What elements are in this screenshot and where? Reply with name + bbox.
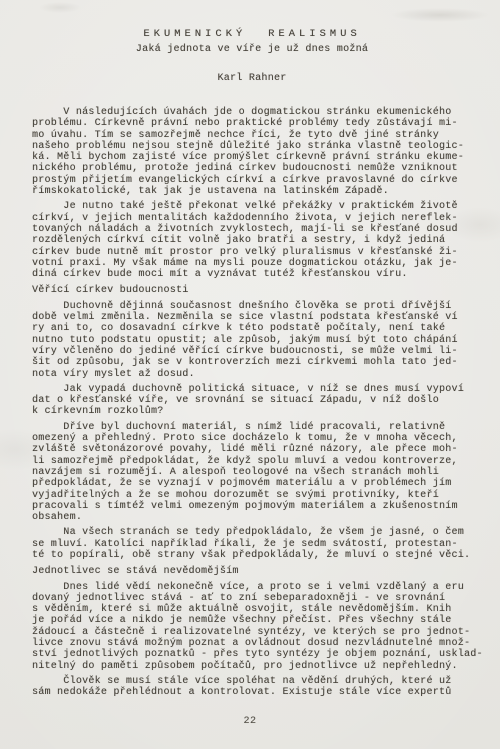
document-subtitle: Jaká jednota ve víře je už dnes možná <box>32 43 472 56</box>
paragraph: Dnes lidé vědí nekonečně více, a proto s… <box>32 582 472 672</box>
paragraph: Je nutno také ještě překonat velké překá… <box>32 201 472 280</box>
paragraph: Dříve byl duchovní materiál, s nímž lidé… <box>32 422 472 524</box>
author-name: Karl Rahner <box>32 72 472 85</box>
document-body: V následujících úvahách jde o dogmaticko… <box>32 107 472 699</box>
paragraph: V následujících úvahách jde o dogmaticko… <box>32 107 472 197</box>
paragraph: Na všech stranách se tedy předpokládalo,… <box>32 527 472 561</box>
paragraph: Člověk se musí stále více spoléhat na vě… <box>32 676 472 699</box>
paragraph: Jak vypadá duchovně politická situace, v… <box>32 384 472 418</box>
scanned-document-page: EKUMENICKÝ REALISMUS Jaká jednota ve víř… <box>0 0 500 749</box>
document-title: EKUMENICKÝ REALISMUS <box>32 28 472 41</box>
page-number: 22 <box>0 716 500 727</box>
paragraph: Duchovně dějinná současnost dnešního člo… <box>32 301 472 380</box>
section-heading-verici-cirkev: Věřící církev budoucnosti <box>32 285 472 296</box>
section-heading-jednotlivec: Jednotlivec se stává nevědomějším <box>32 566 472 577</box>
